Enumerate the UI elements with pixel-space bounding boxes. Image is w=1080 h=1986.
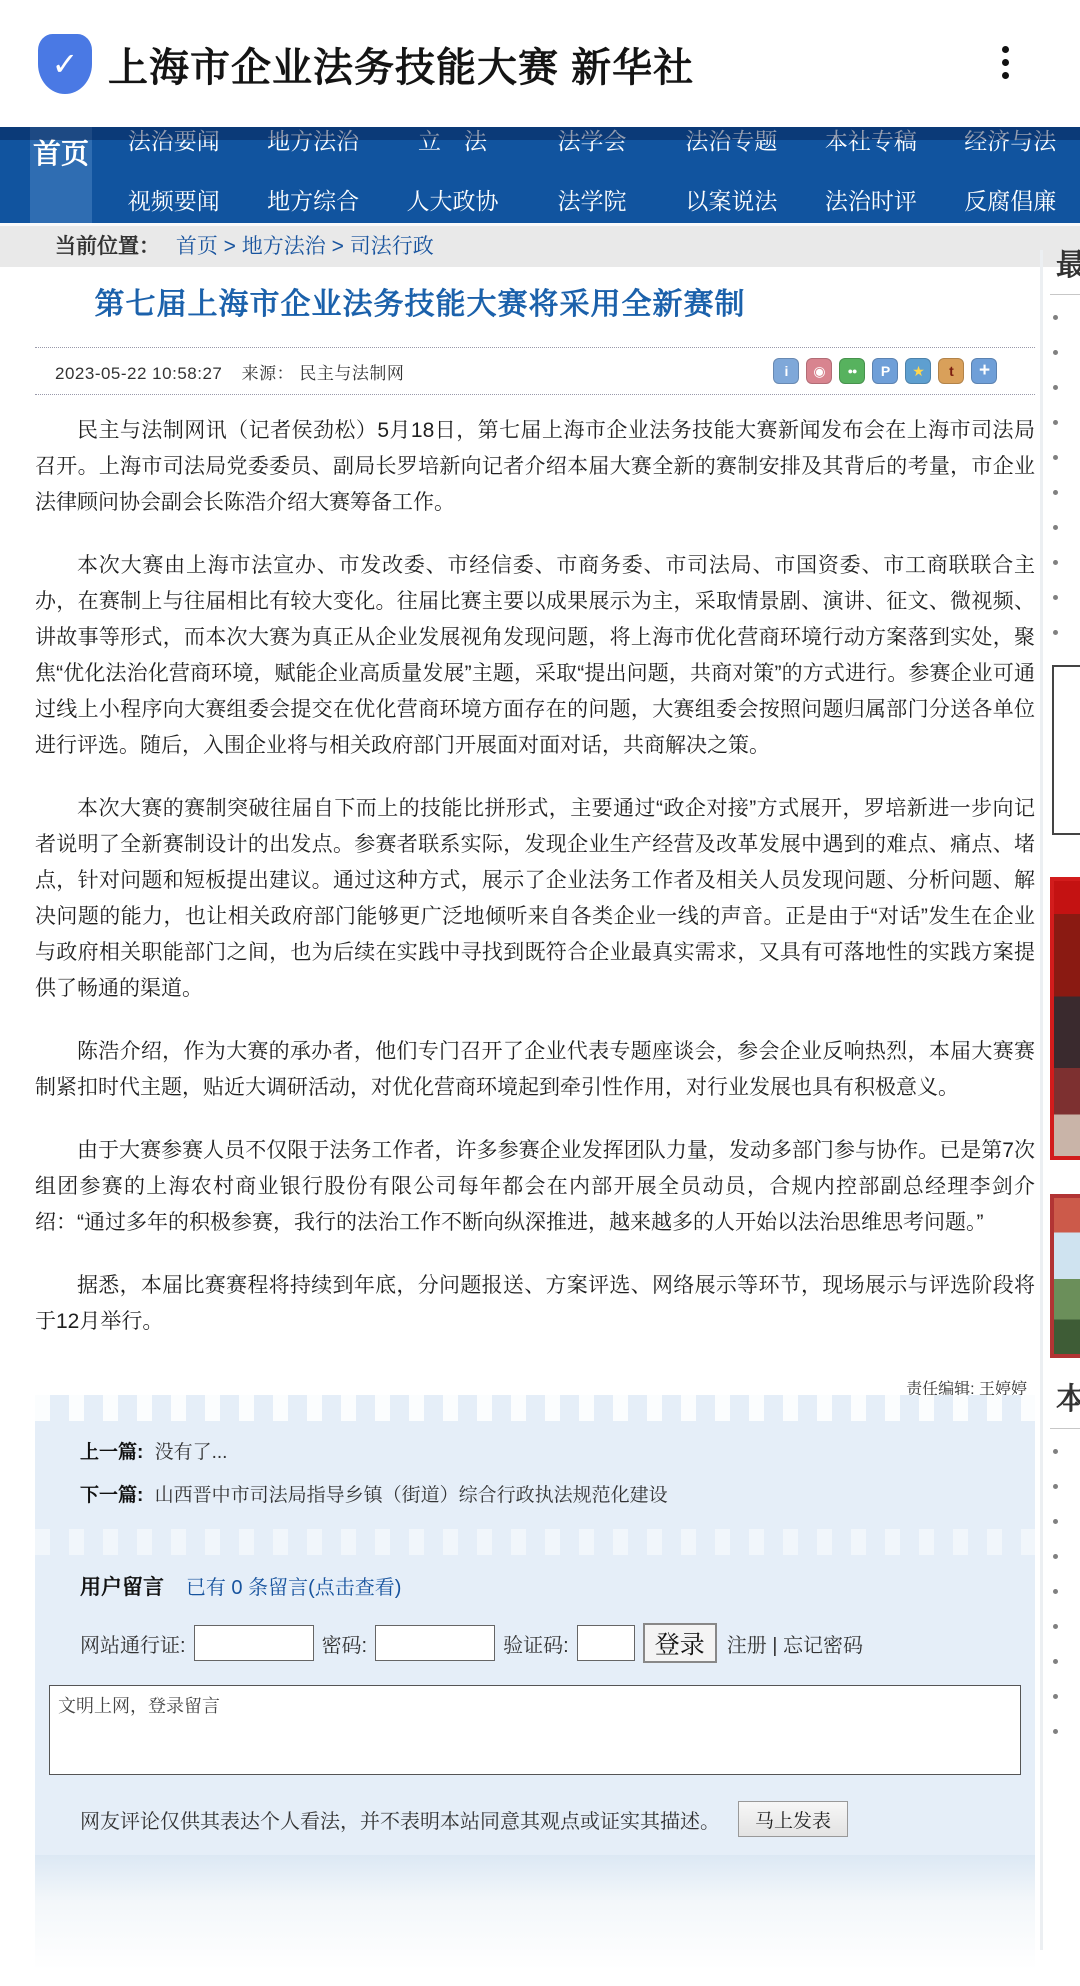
- passport-input[interactable]: [194, 1625, 314, 1661]
- share-pengyou-icon[interactable]: P: [872, 358, 898, 384]
- nav-item-fanfuchanglian[interactable]: 反腐倡廉: [941, 181, 1080, 221]
- captcha-label: 验证码:: [503, 1629, 569, 1658]
- paragraph: 据悉，本届比赛赛程将持续到年底，分问题报送、方案评选、网络展示等环节，现场展示与…: [35, 1268, 1035, 1340]
- panel-top-stripe: [35, 1395, 1035, 1421]
- list-bullet: [1053, 560, 1058, 565]
- article-body: 民主与法制网讯（记者侯劲松）5月18日，第七届上海市企业法务技能大赛新闻发布会在…: [35, 413, 1035, 1340]
- comment-note-row: 网友评论仅供其表达个人看法，并不表明本站同意其观点或证实其描述。 马上发表: [35, 1801, 1035, 1837]
- paragraph: 本次大赛由上海市法宣办、市发改委、市经信委、市商务委、市司法局、市国资委、市工商…: [35, 548, 1035, 764]
- comment-textarea[interactable]: 文明上网，登录留言: [49, 1685, 1021, 1775]
- prev-next-pager: 上一篇: 没有了... 下一篇: 山西晋中市司法局指导乡镇（街道）综合行政执法规…: [35, 1421, 1035, 1529]
- kebab-menu-icon[interactable]: [992, 40, 1018, 96]
- nav-item-difangzonghe[interactable]: 地方综合: [243, 181, 382, 221]
- panel-bottom-fade: [35, 1855, 1035, 1970]
- comments-panel: 上一篇: 没有了... 下一篇: 山西晋中市司法局指导乡镇（街道）综合行政执法规…: [35, 1395, 1035, 1855]
- list-bullet: [1053, 490, 1058, 495]
- share-more-icon[interactable]: +: [971, 358, 997, 384]
- nav-item-yianshuofa[interactable]: 以案说法: [662, 181, 801, 221]
- article-date: 2023-05-22 10:58:27: [55, 364, 222, 383]
- breadcrumb: 当前位置： 首页 > 地方法治 > 司法行政: [0, 223, 1080, 267]
- source-label: 来源：: [242, 364, 295, 383]
- list-bullet: [1053, 315, 1058, 320]
- article: 第七届上海市企业法务技能大赛将采用全新赛制 2023-05-22 10:58:2…: [35, 267, 1035, 1399]
- list-bullet: [1053, 1554, 1058, 1559]
- share-qzone-icon[interactable]: ★: [905, 358, 931, 384]
- panel-divider-stripe: [35, 1529, 1035, 1555]
- list-bullet: [1053, 525, 1058, 530]
- share-renren-icon[interactable]: ◉: [806, 358, 832, 384]
- comment-disclaimer: 网友评论仅供其表达个人看法，并不表明本站同意其观点或证实其描述。: [80, 1805, 720, 1834]
- list-bullet: [1053, 1729, 1058, 1734]
- password-input[interactable]: [375, 1625, 495, 1661]
- nav-item-rendazhengxie[interactable]: 人大政协: [383, 181, 522, 221]
- page-title: 上海市企业法务技能大赛 新华社: [108, 36, 694, 93]
- paragraph: 由于大赛参赛人员不仅限于法务工作者，许多参赛企业发挥团队力量，发动多部门参与协作…: [35, 1133, 1035, 1241]
- list-bullet: [1053, 350, 1058, 355]
- verified-shield-icon: ✓: [38, 34, 92, 94]
- password-label: 密码:: [322, 1629, 368, 1658]
- next-article-link[interactable]: 山西晋中市司法局指导乡镇（街道）综合行政执法规范化建设: [155, 1485, 668, 1506]
- login-form: 网站通行证: 密码: 验证码: 登录 注册 | 忘记密码: [35, 1623, 1035, 1663]
- list-bullet: [1053, 1519, 1058, 1524]
- sidebar-rule: [1050, 1428, 1080, 1429]
- list-bullet: [1053, 385, 1058, 390]
- sidebar-rule: [1050, 294, 1080, 295]
- sidebar: 最 本: [1050, 240, 1080, 1764]
- breadcrumb-path[interactable]: 首页 > 地方法治 > 司法行政: [176, 235, 434, 258]
- app-header: ✓ 上海市企业法务技能大赛 新华社: [0, 0, 1080, 127]
- comments-header: 用户留言 已有 0 条留言(点击查看): [35, 1555, 1035, 1601]
- list-bullet: [1053, 1624, 1058, 1629]
- sidebar-list-bottom: [1050, 1449, 1080, 1734]
- magazine-cover-image[interactable]: [1050, 877, 1080, 1160]
- sidebar-bottom-heading: 本: [1056, 1374, 1080, 1418]
- list-bullet: [1053, 630, 1058, 635]
- captcha-input[interactable]: [577, 1625, 635, 1661]
- comments-title: 用户留言: [80, 1576, 164, 1599]
- prev-label: 上一篇:: [80, 1442, 143, 1463]
- share-weibo-icon[interactable]: i: [773, 358, 799, 384]
- paragraph: 本次大赛的赛制突破往届自下而上的技能比拼形式，主要通过“政企对接”方式展开，罗培…: [35, 791, 1035, 1007]
- sidebar-divider: [1040, 250, 1043, 1950]
- next-article-row: 下一篇: 山西晋中市司法局指导乡镇（街道）综合行政执法规范化建设: [80, 1480, 1035, 1507]
- list-bullet: [1053, 1694, 1058, 1699]
- paragraph: 民主与法制网讯（记者侯劲松）5月18日，第七届上海市企业法务技能大赛新闻发布会在…: [35, 413, 1035, 521]
- submit-comment-button[interactable]: 马上发表: [738, 1801, 848, 1837]
- nav-item-shipinyaowen[interactable]: 视频要闻: [104, 181, 243, 221]
- share-wechat-icon[interactable]: ●●: [839, 358, 865, 384]
- sidebar-list-top: [1050, 315, 1080, 635]
- sidebar-photo-image[interactable]: [1050, 1194, 1080, 1358]
- prev-article-link: 没有了...: [155, 1442, 228, 1463]
- main-nav: 首页 法治要闻 地方法治 立 法 法学会 法治专题 本社专稿 经济与法 视频要闻…: [0, 127, 1080, 223]
- list-bullet: [1053, 1484, 1058, 1489]
- article-title: 第七届上海市企业法务技能大赛将采用全新赛制: [35, 279, 1035, 323]
- breadcrumb-label: 当前位置：: [55, 235, 160, 258]
- nav-home-button[interactable]: 首页: [30, 127, 92, 223]
- paragraph: 陈浩介绍，作为大赛的承办者，他们专门召开了企业代表专题座谈会，参会企业反响热烈，…: [35, 1034, 1035, 1106]
- list-bullet: [1053, 595, 1058, 600]
- passport-label: 网站通行证:: [80, 1629, 186, 1658]
- nav-item-faxueyuan[interactable]: 法学院: [522, 181, 661, 221]
- sidebar-top-heading: 最: [1056, 240, 1080, 284]
- register-forgot-links[interactable]: 注册 | 忘记密码: [727, 1629, 863, 1658]
- article-source: 民主与法制网: [299, 364, 404, 383]
- list-bullet: [1053, 455, 1058, 460]
- nav-row-2: 视频要闻 地方综合 人大政协 法学院 以案说法 法治时评 反腐倡廉: [104, 181, 1080, 221]
- login-button[interactable]: 登录: [643, 1623, 717, 1663]
- prev-article-row: 上一篇: 没有了...: [80, 1437, 1035, 1464]
- list-bullet: [1053, 1589, 1058, 1594]
- comments-count-link[interactable]: 已有 0 条留言(点击查看): [186, 1577, 402, 1599]
- sidebar-promo-box: [1052, 665, 1080, 835]
- next-label: 下一篇:: [80, 1485, 143, 1506]
- share-tweibo-icon[interactable]: t: [938, 358, 964, 384]
- share-toolbar: i ◉ ●● P ★ t +: [773, 358, 997, 384]
- nav-item-fazhishiping[interactable]: 法治时评: [801, 181, 940, 221]
- list-bullet: [1053, 420, 1058, 425]
- list-bullet: [1053, 1449, 1058, 1454]
- list-bullet: [1053, 1659, 1058, 1664]
- article-meta: 2023-05-22 10:58:27 来源： 民主与法制网: [55, 359, 404, 384]
- article-meta-bar: 2023-05-22 10:58:27 来源： 民主与法制网 i ◉ ●● P …: [35, 347, 1035, 395]
- page: { "header": { "title": "上海市企业法务技能大赛 新华社"…: [0, 0, 1080, 1986]
- nav-top-shade: [0, 127, 1080, 140]
